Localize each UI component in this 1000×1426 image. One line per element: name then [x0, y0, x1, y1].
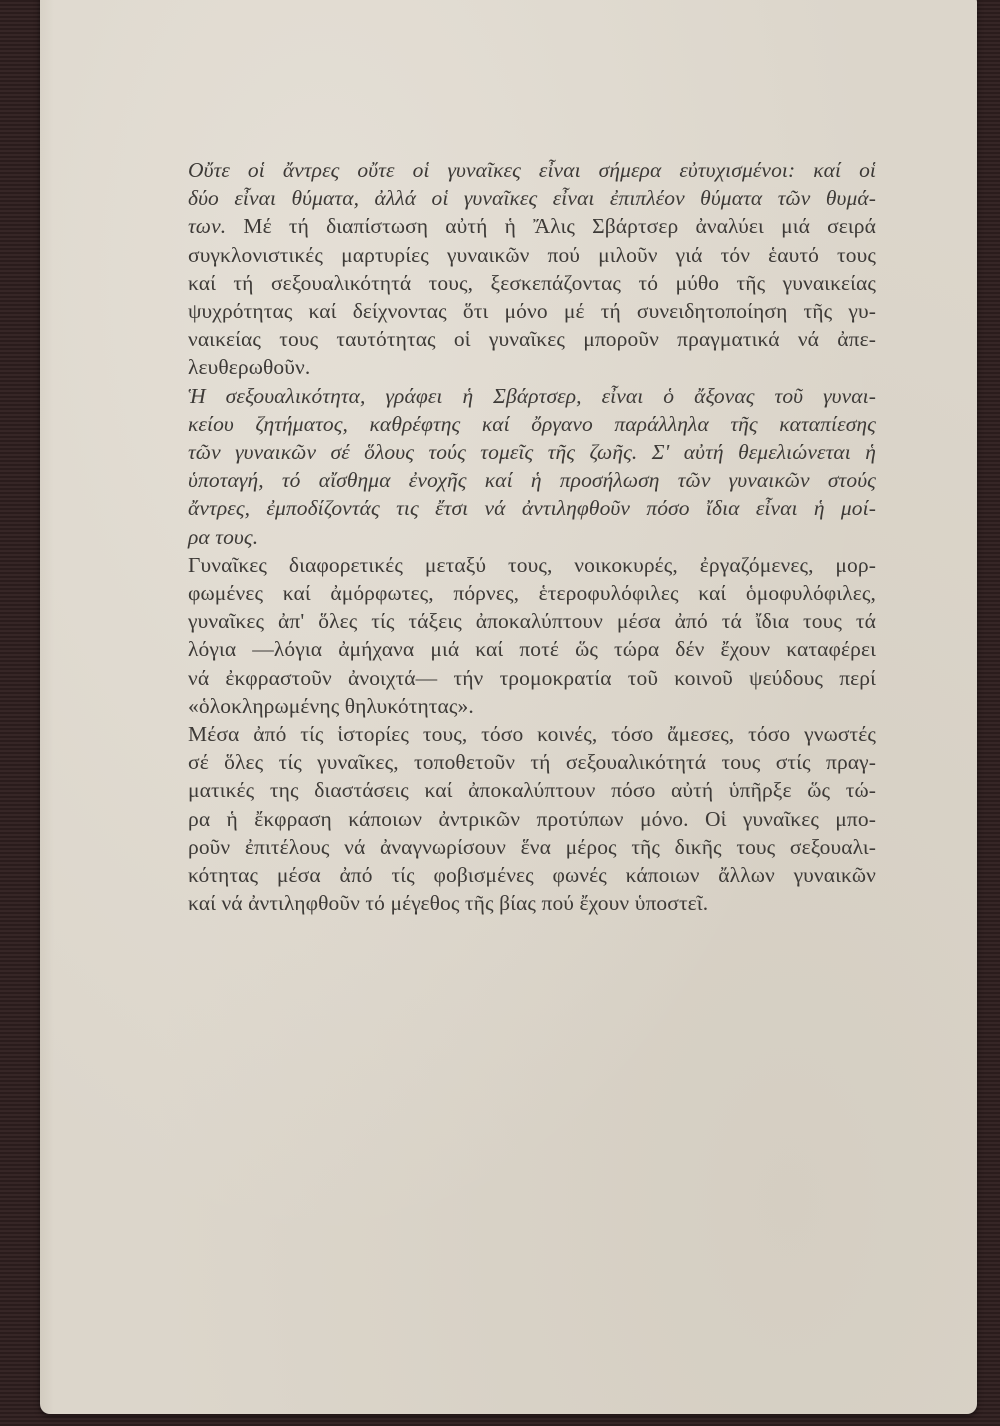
text-fragment: Μέ τή διαπίστωση αὐτή ἡ Ἄλις Σβάρτσερ ἀν… — [226, 214, 876, 238]
text-line: ρα τους. — [188, 523, 876, 551]
text-line: λευθερωθοῦν. — [188, 353, 876, 381]
text-line: γυναῖκες ἀπ' ὅλες τίς τάξεις ἀποκαλύπτου… — [188, 607, 876, 635]
paragraph-3: Γυναῖκες διαφορετικές μεταξύ τους, νοικο… — [188, 551, 876, 720]
blurb-text: Οὔτε οἱ ἄντρες οὔτε οἱ γυναῖκες εἶναι σή… — [188, 156, 876, 917]
text-line: σέ ὅλες τίς γυναῖκες, τοποθετοῦν τή σεξο… — [188, 748, 876, 776]
paragraph-2: Ἡ σεξουαλικότητα, γράφει ἡ Σβάρτσερ, εἶν… — [188, 382, 876, 551]
text-line: Μέσα ἀπό τίς ἱστορίες τους, τόσο κοινές,… — [188, 720, 876, 748]
text-line: ψυχρότητας καί δείχνοντας ὅτι μόνο μέ τή… — [188, 297, 876, 325]
text-line: Οὔτε οἱ ἄντρες οὔτε οἱ γυναῖκες εἶναι σή… — [188, 156, 876, 184]
text-line: ρα ἡ ἔκφραση κάποιων ἀντρικῶν προτύπων μ… — [188, 805, 876, 833]
text-line: δύο εἶναι θύματα, ἀλλά οἱ γυναῖκες εἶναι… — [188, 184, 876, 212]
text-line: λόγια —λόγια ἀμήχανα μιά καί ποτέ ὥς τώρ… — [188, 635, 876, 663]
text-line: νά ἐκφραστοῦν ἀνοιχτά— τήν τρομοκρατία τ… — [188, 664, 876, 692]
paragraph-4: Μέσα ἀπό τίς ἱστορίες τους, τόσο κοινές,… — [188, 720, 876, 917]
text-line: ναικείας τους ταυτότητας οἱ γυναῖκες μπο… — [188, 325, 876, 353]
text-line: κείου ζητήματος, καθρέφτης καί ὄργανο πα… — [188, 410, 876, 438]
text-line: φωμένες καί ἀμόρφωτες, πόρνες, ἑτεροφυλό… — [188, 579, 876, 607]
text-line: των. Μέ τή διαπίστωση αὐτή ἡ Ἄλις Σβάρτσ… — [188, 212, 876, 240]
text-line: ἄντρες, ἐμποδίζοντάς τις ἔτσι νά ἀντιληφ… — [188, 494, 876, 522]
text-line: ματικές της διαστάσεις καί ἀποκαλύπτουν … — [188, 776, 876, 804]
paragraph-1: Οὔτε οἱ ἄντρες οὔτε οἱ γυναῖκες εἶναι σή… — [188, 156, 876, 382]
text-line: συγκλονιστικές μαρτυρίες γυναικῶν πού μι… — [188, 241, 876, 269]
text-line: καί τή σεξουαλικότητά τους, ξεσκεπάζοντα… — [188, 269, 876, 297]
text-line: καί νά ἀντιληφθοῦν τό μέγεθος τῆς βίας π… — [188, 889, 876, 917]
text-line: Ἡ σεξουαλικότητα, γράφει ἡ Σβάρτσερ, εἶν… — [188, 382, 876, 410]
text-fragment-italic: των. — [188, 214, 226, 238]
text-line: ὑποταγή, τό αἴσθημα ἐνοχῆς καί ἡ προσήλω… — [188, 466, 876, 494]
text-line: ροῦν ἐπιτέλους νά ἀναγνωρίσουν ἕνα μέρος… — [188, 833, 876, 861]
text-line: «ὁλοκληρωμένης θηλυκότητας». — [188, 692, 876, 720]
text-line: κότητας μέσα ἀπό τίς φοβισμένες φωνές κά… — [188, 861, 876, 889]
text-line: τῶν γυναικῶν σέ ὅλους τούς τομεῖς τῆς ζω… — [188, 438, 876, 466]
text-line: Γυναῖκες διαφορετικές μεταξύ τους, νοικο… — [188, 551, 876, 579]
